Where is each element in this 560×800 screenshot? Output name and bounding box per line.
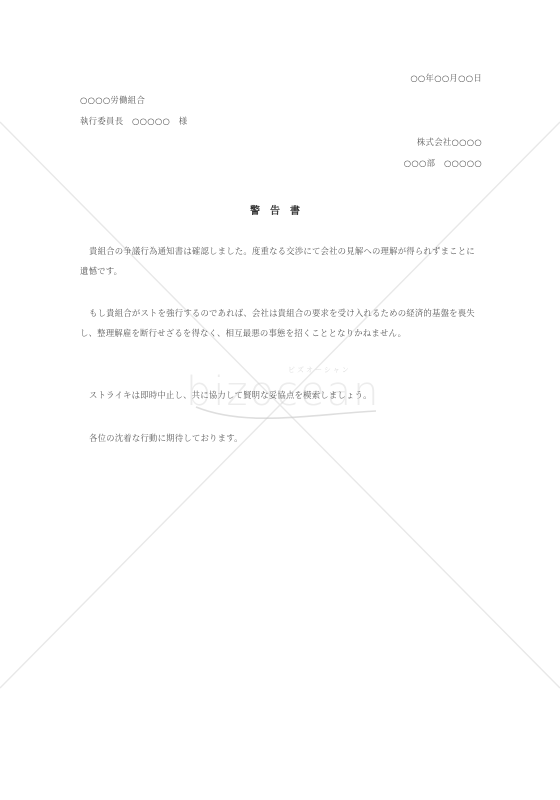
paragraph-3: ストライキは即時中止し、共に協力して賢明な妥協点を模索しましょう。 xyxy=(80,385,482,405)
paragraph-1: 貴組合の争議行為通知書は確認しました。度重なる交渉にて会社の見解への理解が得られ… xyxy=(80,241,482,281)
sender-department: ○○○部 ○○○○○ xyxy=(404,158,482,169)
document-title: 警告書 xyxy=(0,202,560,217)
recipient-organization: ○○○○労働組合 xyxy=(80,95,145,106)
document-page: ○○年○○月○○日 ○○○○労働組合 執行委員長 ○○○○○ 様 株式会社○○○… xyxy=(0,0,560,800)
paragraph-4: 各位の沈着な行動に期待しております。 xyxy=(80,428,482,448)
sender-company: 株式会社○○○○ xyxy=(417,137,482,148)
recipient-name: 執行委員長 ○○○○○ 様 xyxy=(80,116,187,127)
paragraph-2: もし貴組合がストを強行するのであれば、会社は貴組合の要求を受け入れるための経済的… xyxy=(80,303,482,343)
document-date: ○○年○○月○○日 xyxy=(410,73,482,84)
watermark-kana: ビズオーシャン xyxy=(288,365,351,375)
